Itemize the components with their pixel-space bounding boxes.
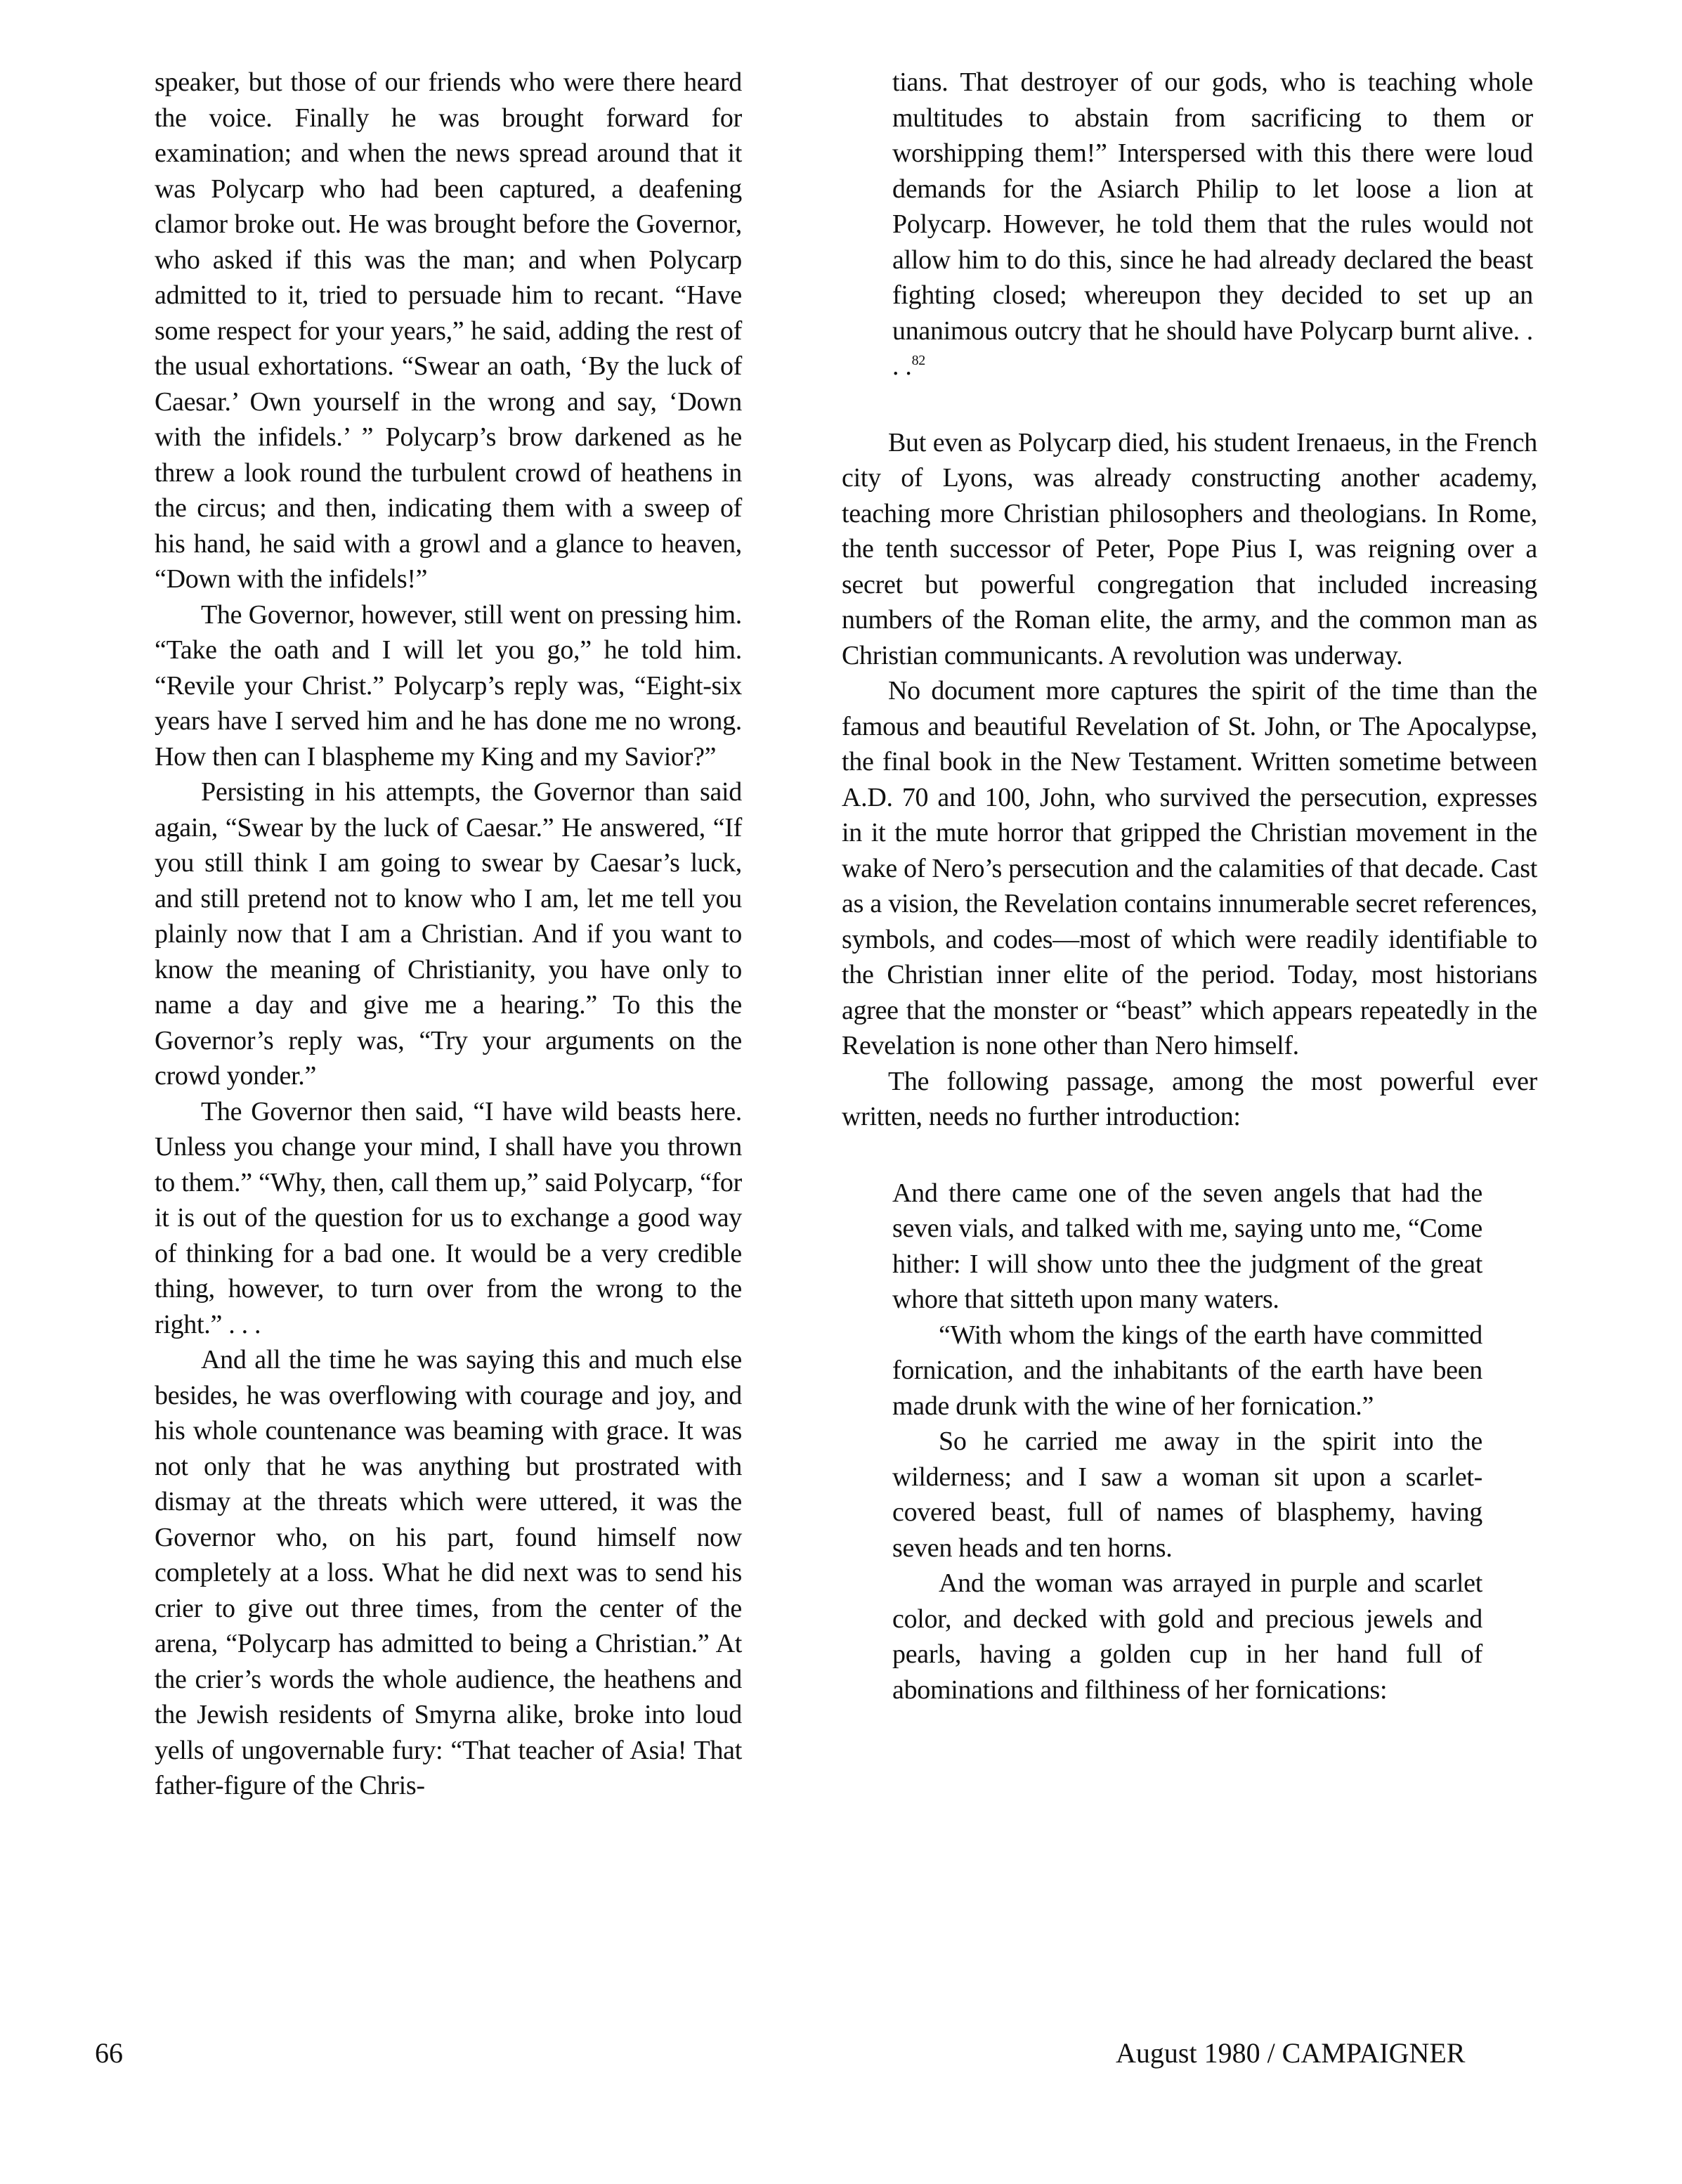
quote-text: tians. That destroyer of our gods, who i…: [892, 67, 1533, 381]
spacer: [842, 384, 1537, 425]
quote-paragraph: “With whom the kings of the earth have c…: [892, 1318, 1482, 1424]
page-number: 66: [95, 2036, 123, 2069]
quote-paragraph: And the woman was arrayed in purple and …: [892, 1566, 1482, 1708]
spacer: [842, 1135, 1537, 1176]
body-paragraph: But even as Polycarp died, his student I…: [842, 425, 1537, 674]
body-paragraph: And all the time he was saying this and …: [155, 1342, 742, 1804]
body-paragraph: The Governor then said, “I have wild bea…: [155, 1094, 742, 1343]
scripture-block-quote: And there came one of the seven angels t…: [892, 1176, 1482, 1708]
quote-paragraph: So he carried me away in the spirit into…: [892, 1424, 1482, 1566]
right-column: tians. That destroyer of our gods, who i…: [842, 65, 1537, 1708]
quote-paragraph: tians. That destroyer of our gods, who i…: [892, 65, 1533, 384]
body-paragraph: No document more captures the spirit of …: [842, 673, 1537, 1064]
body-paragraph: The Governor, however, still went on pre…: [155, 597, 742, 775]
quote-paragraph: And there came one of the seven angels t…: [892, 1176, 1482, 1318]
left-column: speaker, but those of our friends who we…: [155, 65, 742, 1804]
body-paragraph: Persisting in his attempts, the Governor…: [155, 774, 742, 1094]
body-paragraph: The following passage, among the most po…: [842, 1064, 1537, 1135]
running-footer: August 1980 / CAMPAIGNER: [1116, 2036, 1465, 2069]
block-quote-continued: tians. That destroyer of our gods, who i…: [892, 65, 1533, 384]
body-paragraph: speaker, but those of our friends who we…: [155, 65, 742, 597]
footnote-marker: 82: [912, 353, 925, 368]
